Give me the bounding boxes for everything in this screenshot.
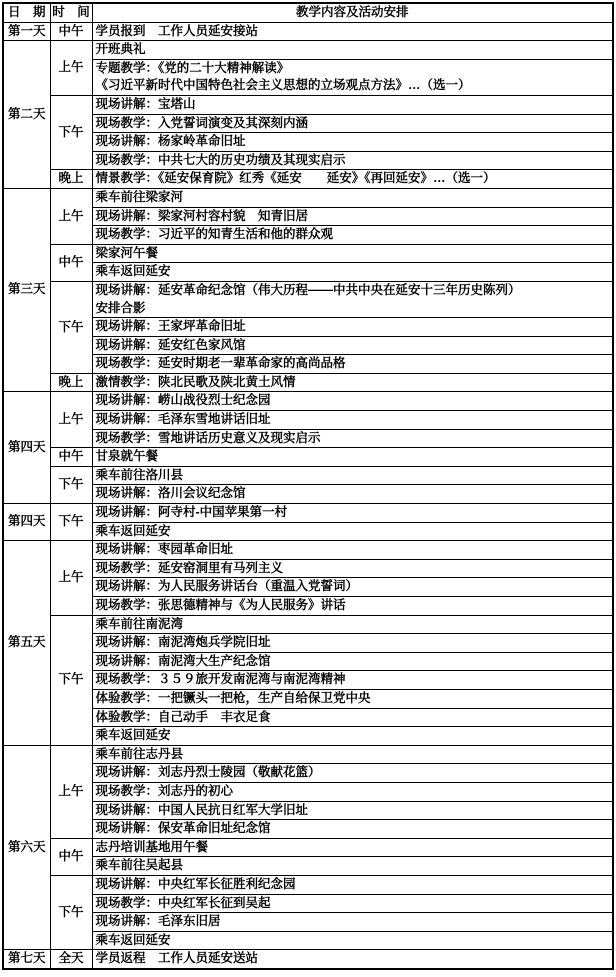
activity-text: 现场讲解：毛泽东旧居 [92, 913, 613, 932]
schedule-row: 现场讲解：刘志丹烈士陵园（敬献花篮） [3, 764, 613, 783]
col-header-time: 时 间 [50, 3, 92, 22]
schedule-row: 现场讲解：毛泽东雪地讲话旧址 [3, 411, 613, 430]
activity-text: 现场讲解：枣园革命旧址 [92, 541, 613, 560]
schedule-header: 日 期 时 间 教学内容及活动安排 [3, 3, 613, 22]
day-label: 第五天 [3, 541, 50, 746]
schedule-row: 下午乘车前往洛川县 [3, 466, 613, 485]
time-label: 中午 [50, 448, 92, 467]
schedule-row: 乘车返回延安 [3, 727, 613, 746]
activity-text: 现场讲解：延安革命纪念馆（伟大历程——中共中央在延安十三年历史陈列） 安排合影 [92, 281, 613, 317]
day-label: 第七天 [3, 950, 50, 969]
activity-text: 现场教学：中央红军长征到吴起 [92, 894, 613, 913]
schedule-row: 体验教学：自己动手 丰衣足食 [3, 708, 613, 727]
activity-text: 现场讲解：保安革命旧址纪念馆 [92, 820, 613, 839]
schedule-row: 中午志丹培训基地用午餐 [3, 838, 613, 857]
activity-text: 乘车前往洛川县 [92, 466, 613, 485]
schedule-row: 现场讲解：毛泽东旧居 [3, 913, 613, 932]
schedule-row: 现场讲解：南泥湾炮兵学院旧址 [3, 634, 613, 653]
header-row: 日 期 时 间 教学内容及活动安排 [3, 3, 613, 22]
schedule-row: 现场讲解：梁家河村容村貌 知青旧居 [3, 207, 613, 226]
schedule-row: 晚上情景教学：《延安保育院》红秀《延安 延安》《再回延安》…（选一） [3, 170, 613, 189]
time-label: 晚上 [50, 373, 92, 392]
schedule-row: 现场讲解：保安革命旧址纪念馆 [3, 820, 613, 839]
activity-text: 现场教学：延安窑洞里有马列主义 [92, 559, 613, 578]
schedule-row: 晚上激情教学：陕北民歌及陕北黄土风情 [3, 373, 613, 392]
activity-text: 现场讲解：毛泽东雪地讲话旧址 [92, 411, 613, 430]
schedule-row: 中午梁家河午餐 [3, 244, 613, 263]
schedule-row: 现场讲解：杨家岭革命旧址 [3, 133, 613, 152]
activity-text: 乘车返回延安 [92, 263, 613, 282]
activity-text: 志丹培训基地用午餐 [92, 838, 613, 857]
schedule-row: 第四天上午现场讲解：崂山战役烈士纪念园 [3, 392, 613, 411]
time-label: 下午 [50, 466, 92, 503]
activity-text: 现场讲解：崂山战役烈士纪念园 [92, 392, 613, 411]
schedule-row: 下午现场讲解：中央红军长征胜利纪念园 [3, 875, 613, 894]
schedule-body: 第一天中午学员报到 工作人员延安接站第二天上午开班典礼专题教学：《党的二十大精神… [3, 22, 613, 969]
activity-text: 学员返程 工作人员延安送站 [92, 950, 613, 969]
time-label: 晚上 [50, 170, 92, 189]
activity-text: 现场讲解：刘志丹烈士陵园（敬献花篮） [92, 764, 613, 783]
activity-text: 现场讲解：中国人民抗日红军大学旧址 [92, 801, 613, 820]
time-label: 中午 [50, 22, 92, 41]
schedule-row: 第四天下午现场讲解：阿寺村-中国苹果第一村 [3, 504, 613, 523]
time-label: 全天 [50, 950, 92, 969]
activity-text: 现场讲解：洛川会议纪念馆 [92, 485, 613, 504]
schedule-row: 现场讲解：中国人民抗日红军大学旧址 [3, 801, 613, 820]
activity-text: 现场讲解：为人民服务讲话台（重温入党誓词） [92, 578, 613, 597]
activity-text: 现场教学：３５９旅开发南泥湾与南泥湾精神 [92, 671, 613, 690]
day-label: 第一天 [3, 22, 50, 41]
schedule-row: 下午现场讲解：宝塔山 [3, 95, 613, 114]
schedule-row: 乘车返回延安 [3, 522, 613, 541]
schedule-row: 现场教学：３５９旅开发南泥湾与南泥湾精神 [3, 671, 613, 690]
activity-text: 现场教学：雪地讲话历史意义及现实启示 [92, 429, 613, 448]
schedule-row: 第五天上午现场讲解：枣园革命旧址 [3, 541, 613, 560]
activity-text: 现场教学：入党誓词演变及其深刻内涵 [92, 114, 613, 133]
day-label: 第六天 [3, 745, 50, 950]
activity-text: 现场教学：张思德精神与《为人民服务》讲话 [92, 597, 613, 616]
schedule-row: 现场讲解：为人民服务讲话台（重温入党誓词） [3, 578, 613, 597]
time-label: 上午 [50, 745, 92, 838]
activity-text: 现场讲解：南泥湾大生产纪念馆 [92, 652, 613, 671]
activity-text: 现场讲解：中央红军长征胜利纪念园 [92, 875, 613, 894]
time-label: 下午 [50, 504, 92, 541]
schedule-row: 第六天上午乘车前往志丹县 [3, 745, 613, 764]
schedule-row: 现场教学：延安窑洞里有马列主义 [3, 559, 613, 578]
day-label: 第四天 [3, 504, 50, 541]
activity-text: 体验教学：一把镢头一把枪，生产自给保卫党中央 [92, 689, 613, 708]
time-label: 下午 [50, 615, 92, 745]
schedule-row: 现场讲解：王家坪革命旧址 [3, 318, 613, 337]
activity-text: 乘车返回延安 [92, 931, 613, 950]
schedule-row: 现场讲解：延安红色家风馆 [3, 336, 613, 355]
activity-text: 专题教学：《党的二十大精神解读》 《习近平新时代中国特色社会主义思想的立场观点方… [92, 59, 613, 95]
activity-text: 现场讲解：延安红色家风馆 [92, 336, 613, 355]
day-label: 第四天 [3, 392, 50, 504]
schedule-row: 第二天上午开班典礼 [3, 41, 613, 60]
activity-text: 梁家河午餐 [92, 244, 613, 263]
activity-text: 激情教学：陕北民歌及陕北黄土风情 [92, 373, 613, 392]
activity-text: 乘车前往志丹县 [92, 745, 613, 764]
time-label: 上午 [50, 541, 92, 615]
schedule-row: 专题教学：《党的二十大精神解读》 《习近平新时代中国特色社会主义思想的立场观点方… [3, 59, 613, 95]
schedule-row: 现场教学：雪地讲话历史意义及现实启示 [3, 429, 613, 448]
activity-text: 现场教学：习近平的知青生活和他的群众观 [92, 226, 613, 245]
time-label: 下午 [50, 875, 92, 949]
activity-text: 乘车前往南泥湾 [92, 615, 613, 634]
time-label: 上午 [50, 392, 92, 448]
time-label: 下午 [50, 95, 92, 169]
activity-text: 乘车返回延安 [92, 727, 613, 746]
schedule-row: 体验教学：一把镢头一把枪，生产自给保卫党中央 [3, 689, 613, 708]
schedule-row: 现场讲解：南泥湾大生产纪念馆 [3, 652, 613, 671]
schedule-row: 第七天全天学员返程 工作人员延安送站 [3, 950, 613, 969]
activity-text: 体验教学：自己动手 丰衣足食 [92, 708, 613, 727]
activity-text: 现场讲解：宝塔山 [92, 95, 613, 114]
activity-text: 现场讲解：王家坪革命旧址 [92, 318, 613, 337]
activity-text: 开班典礼 [92, 41, 613, 60]
schedule-row: 现场教学：中央红军长征到吴起 [3, 894, 613, 913]
schedule-row: 乘车返回延安 [3, 931, 613, 950]
activity-text: 现场讲解：杨家岭革命旧址 [92, 133, 613, 152]
day-label: 第二天 [3, 41, 50, 189]
time-label: 中午 [50, 244, 92, 281]
activity-text: 情景教学：《延安保育院》红秀《延安 延安》《再回延安》…（选一） [92, 170, 613, 189]
schedule-row: 第三天上午乘车前往梁家河 [3, 188, 613, 207]
schedule-row: 现场教学：中共七大的历史功绩及其现实启示 [3, 151, 613, 170]
activity-text: 现场讲解：阿寺村-中国苹果第一村 [92, 504, 613, 523]
schedule-row: 下午乘车前往南泥湾 [3, 615, 613, 634]
schedule-row: 第一天中午学员报到 工作人员延安接站 [3, 22, 613, 41]
time-label: 下午 [50, 281, 92, 373]
col-header-date: 日 期 [3, 3, 50, 22]
schedule-row: 现场教学：延安时期老一辈革命家的高尚品格 [3, 355, 613, 374]
activity-text: 现场讲解：梁家河村容村貌 知青旧居 [92, 207, 613, 226]
schedule-row: 下午现场讲解：延安革命纪念馆（伟大历程——中共中央在延安十三年历史陈列） 安排合… [3, 281, 613, 317]
col-header-content: 教学内容及活动安排 [92, 3, 613, 22]
schedule-row: 现场教学：习近平的知青生活和他的群众观 [3, 226, 613, 245]
schedule-row: 中午甘泉就午餐 [3, 448, 613, 467]
schedule-row: 乘车返回延安 [3, 263, 613, 282]
activity-text: 乘车前往梁家河 [92, 188, 613, 207]
activity-text: 现场教学：中共七大的历史功绩及其现实启示 [92, 151, 613, 170]
time-label: 上午 [50, 188, 92, 244]
schedule-row: 现场讲解：洛川会议纪念馆 [3, 485, 613, 504]
activity-text: 甘泉就午餐 [92, 448, 613, 467]
activity-text: 现场讲解：南泥湾炮兵学院旧址 [92, 634, 613, 653]
day-label: 第三天 [3, 188, 50, 392]
schedule-table: 日 期 时 间 教学内容及活动安排 第一天中午学员报到 工作人员延安接站第二天上… [2, 2, 614, 970]
schedule-row: 现场教学：刘志丹的初心 [3, 782, 613, 801]
activity-text: 乘车前往吴起县 [92, 857, 613, 876]
schedule-row: 乘车前往吴起县 [3, 857, 613, 876]
time-label: 上午 [50, 41, 92, 96]
activity-text: 现场教学：刘志丹的初心 [92, 782, 613, 801]
schedule-row: 现场教学：入党誓词演变及其深刻内涵 [3, 114, 613, 133]
time-label: 中午 [50, 838, 92, 875]
schedule-row: 现场教学：张思德精神与《为人民服务》讲话 [3, 597, 613, 616]
activity-text: 乘车返回延安 [92, 522, 613, 541]
activity-text: 学员报到 工作人员延安接站 [92, 22, 613, 41]
activity-text: 现场教学：延安时期老一辈革命家的高尚品格 [92, 355, 613, 374]
